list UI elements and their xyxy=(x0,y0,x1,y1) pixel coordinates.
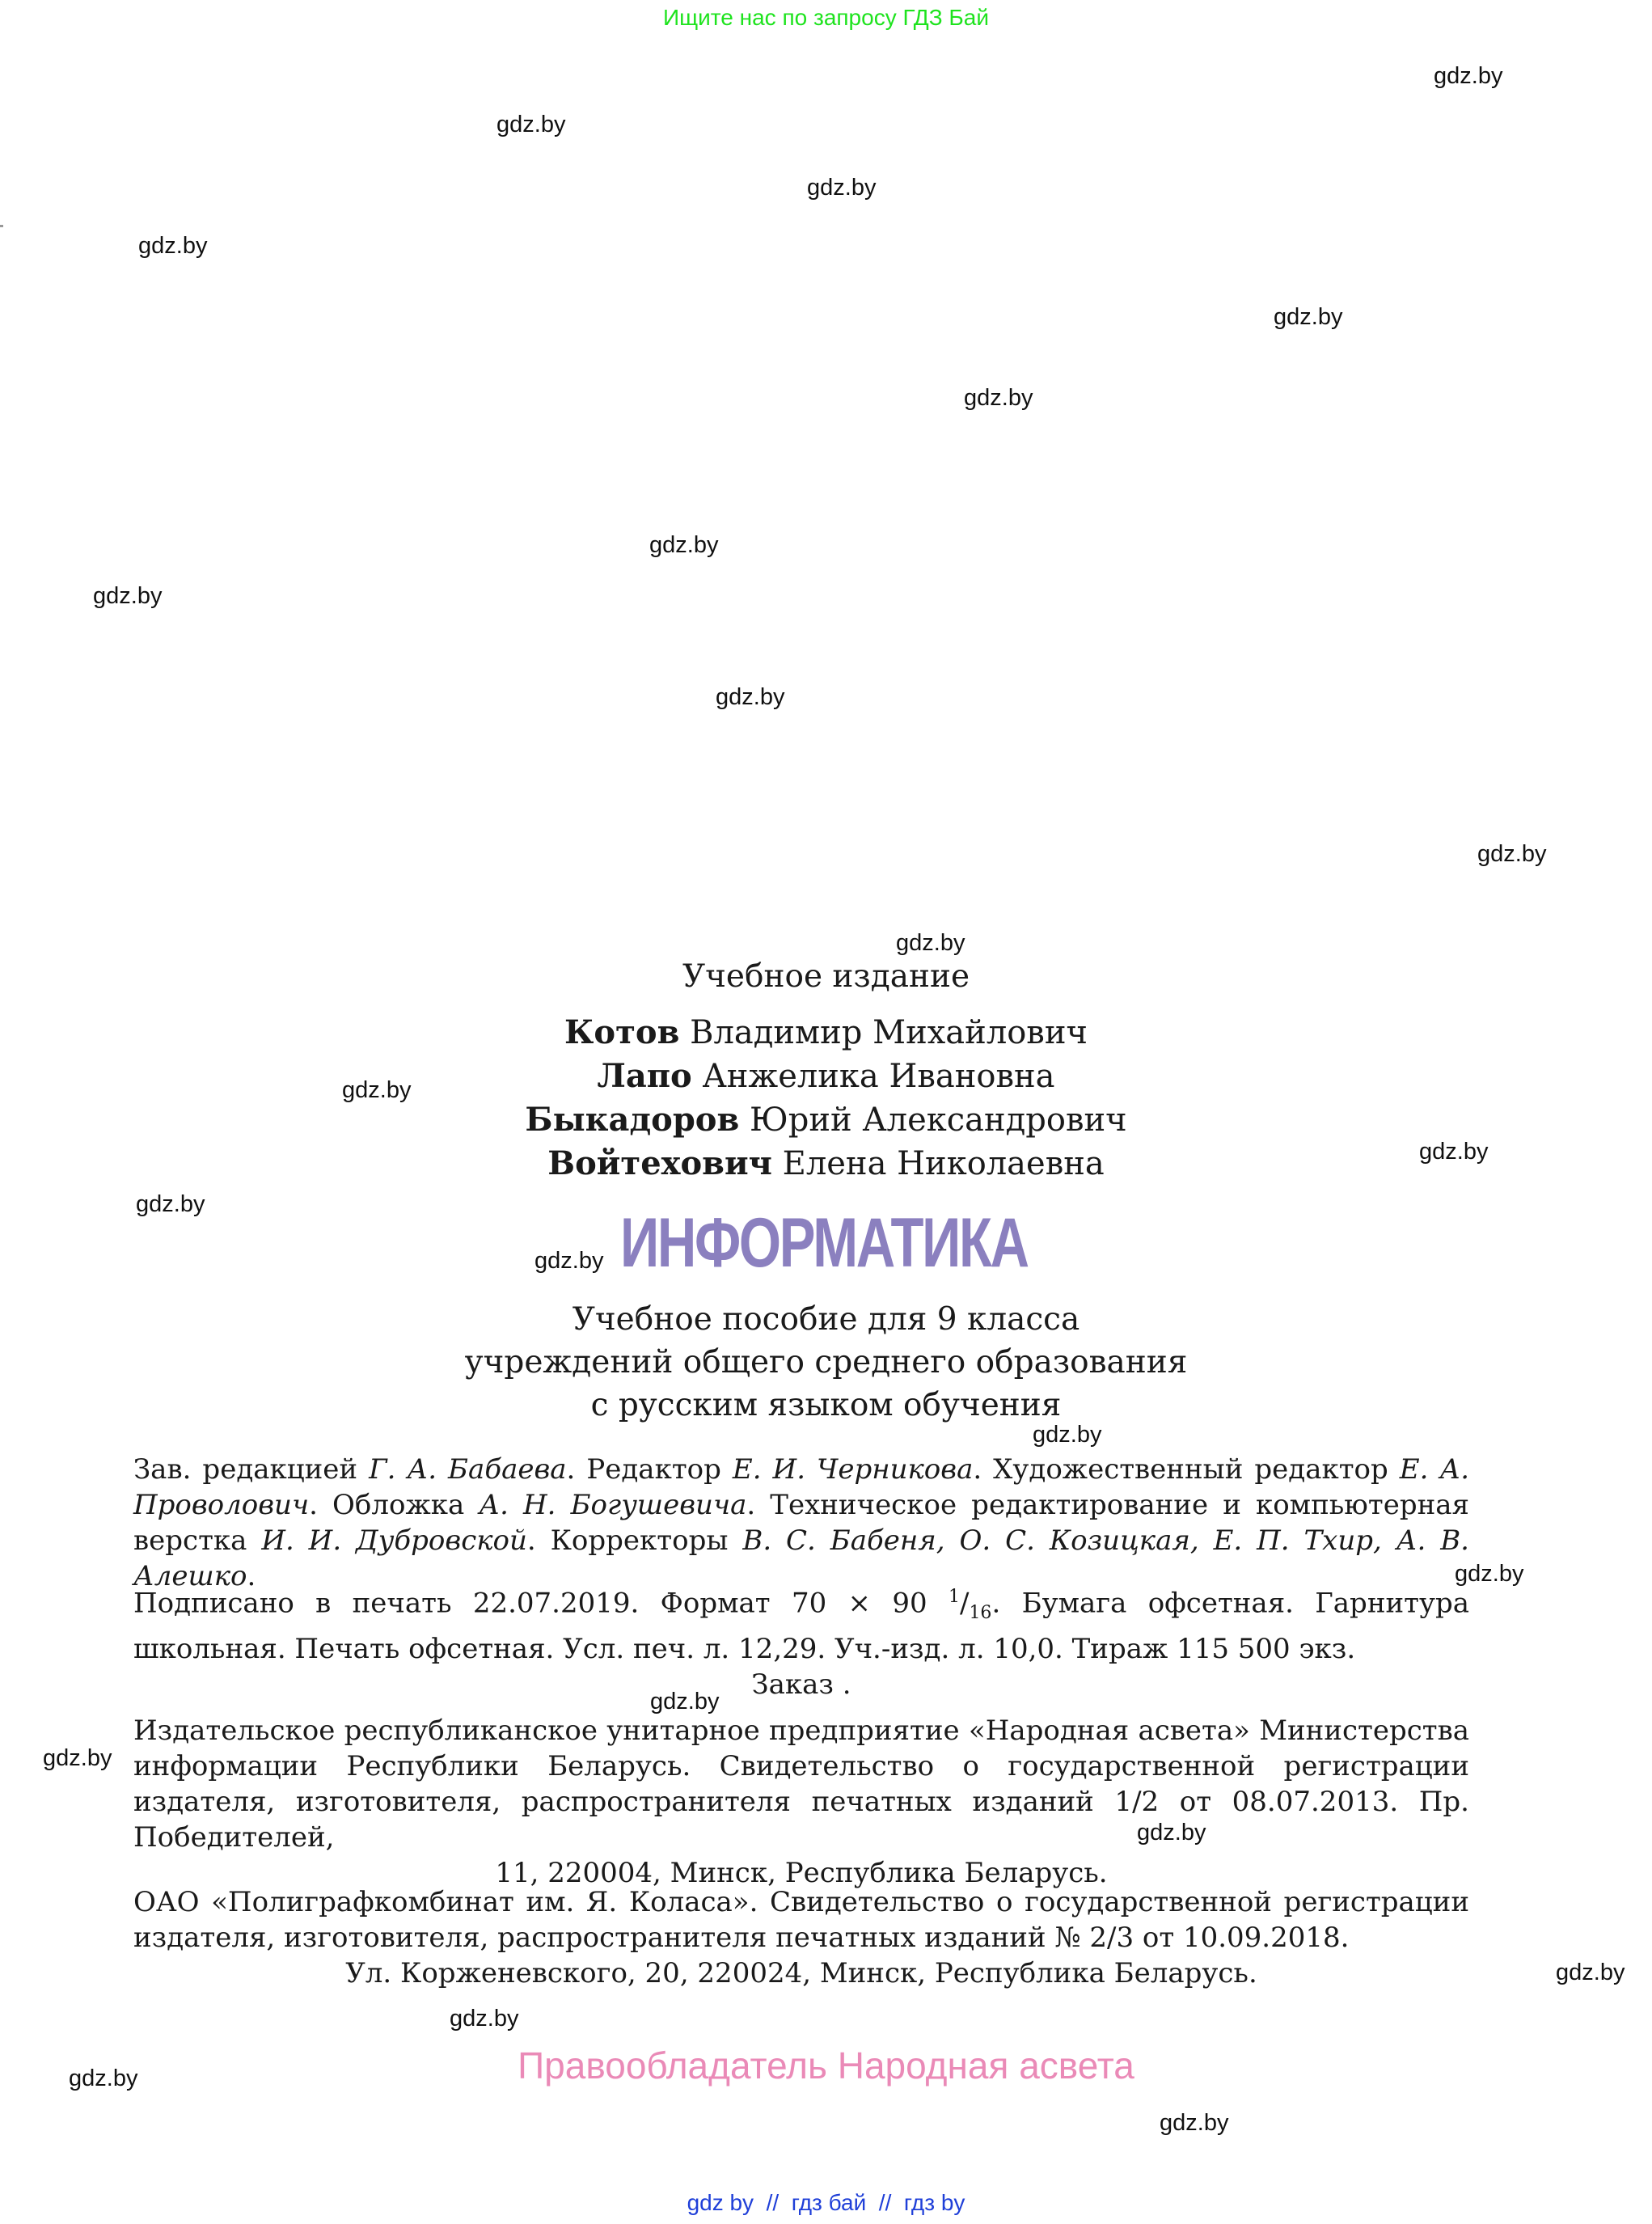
watermark: gdz.by xyxy=(136,1191,205,1218)
footer-links[interactable]: gdz by // гдз бай // гдз by xyxy=(0,2190,1652,2216)
watermark: gdz.by xyxy=(496,112,565,138)
book-subtitle: Учебное пособие для 9 класса учреждений … xyxy=(0,1298,1652,1427)
order-number: Заказ . xyxy=(133,1667,1469,1702)
watermark: gdz.by xyxy=(716,684,784,711)
watermark: gdz.by xyxy=(534,1248,603,1275)
watermark: gdz.by xyxy=(807,175,876,201)
edge-mark xyxy=(0,225,3,227)
author: Котов Владимир Михайлович xyxy=(0,1011,1652,1055)
watermark: gdz.by xyxy=(450,2006,518,2032)
publisher-paragraph: Издательское республиканское унитарное п… xyxy=(133,1713,1469,1891)
watermark: gdz.by xyxy=(1556,1960,1625,1986)
watermark: gdz.by xyxy=(896,930,965,957)
watermark: gdz.by xyxy=(93,583,162,610)
watermark: gdz.by xyxy=(43,1745,112,1772)
author: Лапо Анжелика Ивановна xyxy=(0,1055,1652,1098)
book-title: ИНФОРМАТИКА xyxy=(620,1203,1028,1283)
edition-type: Учебное издание xyxy=(0,958,1652,995)
print-info-paragraph: Подписано в печать 22.07.2019. Формат 70… xyxy=(133,1579,1469,1702)
watermark: gdz.by xyxy=(649,532,718,559)
watermark: gdz.by xyxy=(138,233,207,260)
watermark: gdz.by xyxy=(1434,63,1502,90)
author: Быкадоров Юрий Александрович xyxy=(0,1098,1652,1142)
author: Войтехович Елена Николаевна xyxy=(0,1142,1652,1186)
watermark: gdz.by xyxy=(1160,2110,1228,2137)
watermark: gdz.by xyxy=(1274,304,1342,331)
search-banner: Ищите нас по запросу ГДЗ Бай xyxy=(0,5,1652,31)
rights-holder: Правообладатель Народная асвета xyxy=(0,2044,1652,2087)
watermark: gdz.by xyxy=(964,385,1033,412)
printer-paragraph: ОАО «Полиграфкомбинат им. Я. Коласа». Св… xyxy=(133,1884,1469,1991)
watermark: gdz.by xyxy=(1477,841,1546,868)
author-list: Котов Владимир Михайлович Лапо Анжелика … xyxy=(0,1011,1652,1186)
credits-paragraph: Зав. редакцией Г. А. Бабаева. Редактор Е… xyxy=(133,1452,1469,1594)
